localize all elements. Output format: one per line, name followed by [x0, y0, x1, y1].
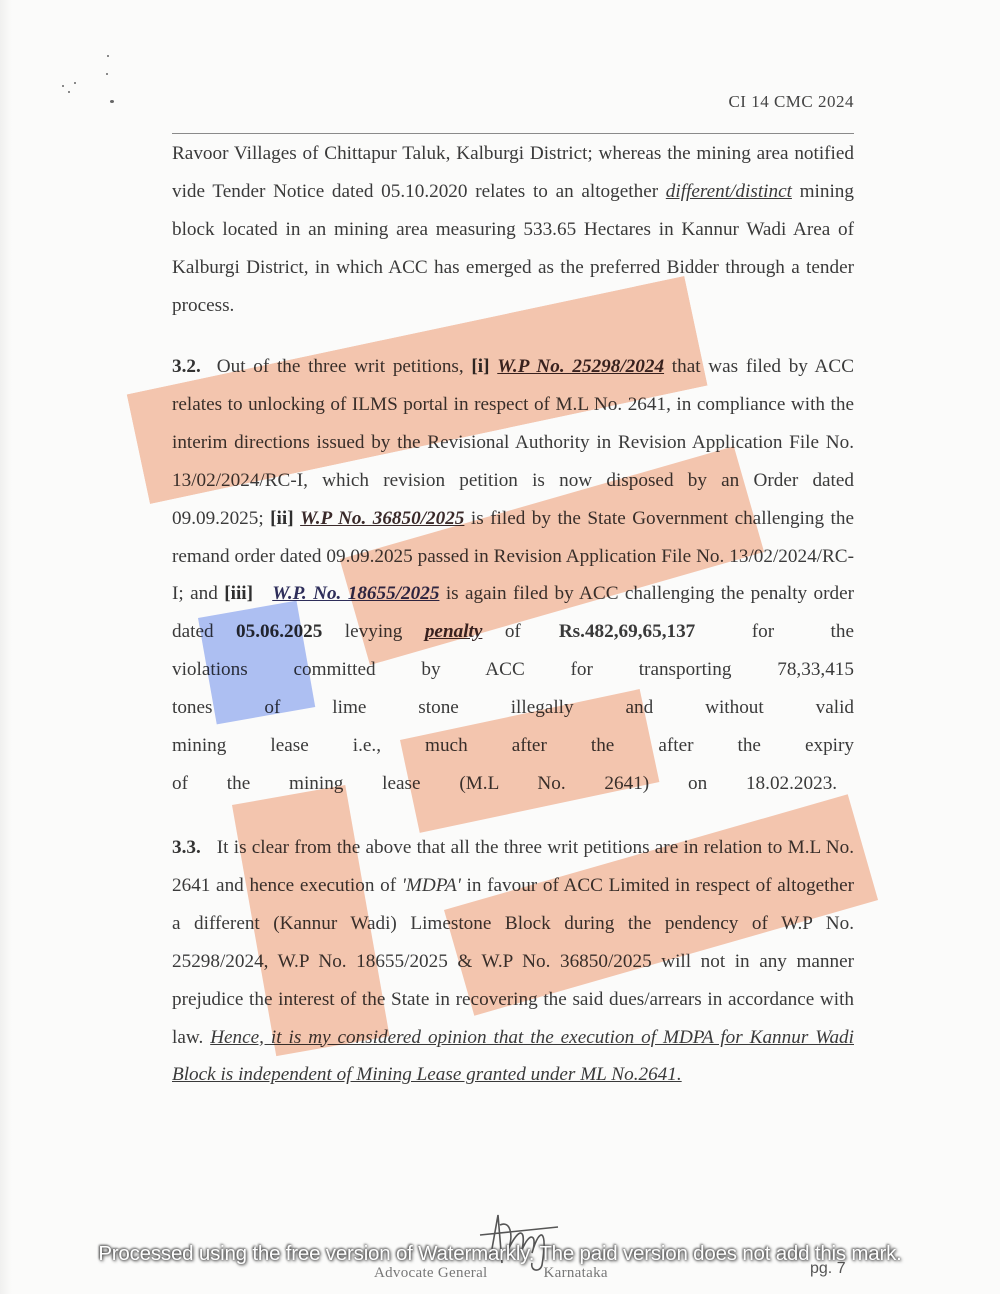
paragraph-number: 3.3. [172, 837, 201, 858]
emphasis-different-distinct: different/distinct [666, 181, 792, 202]
scan-edge [0, 0, 12, 1294]
conclusion-statement: Hence, it is my considered opinion that … [172, 1027, 854, 1086]
marker-i: [i] [471, 356, 489, 377]
scan-specks [60, 45, 120, 105]
signatory-left: Advocate General [374, 1265, 488, 1281]
signatory-right: Karnataka [544, 1265, 608, 1281]
penalty-emphasis: penalty [425, 621, 483, 642]
case-reference: CI 14 CMC 2024 [728, 92, 854, 112]
writ-petition-i: W.P No. 25298/2024 [497, 356, 664, 377]
paragraph-text: levying [322, 621, 424, 642]
paragraph-continued: Ravoor Villages of Chittapur Taluk, Kalb… [172, 135, 854, 325]
document-page: CI 14 CMC 2024 Ravoor Villages of Chitta… [0, 0, 1000, 1294]
marker-ii: [ii] [270, 508, 293, 529]
writ-petition-ii: W.P No. 36850/2025 [300, 508, 464, 529]
paragraph-text: that was filed by ACC relates to unlocki… [172, 356, 854, 529]
paragraph-text: for the violations committed by ACC for … [172, 621, 854, 794]
paragraph-3-3: 3.3.It is clear from the above that all … [172, 829, 854, 1094]
paragraph-text: in favour of ACC Limited in respect of a… [172, 875, 854, 1048]
paragraph-number: 3.2. [172, 356, 201, 377]
signatory-title: Advocate GeneralKarnataka [374, 1265, 608, 1282]
watermark-text: Processed using the free version of Wate… [0, 1242, 1000, 1266]
marker-iii: [iii] [224, 583, 253, 604]
header-divider [172, 133, 854, 134]
penalty-amount: Rs.482,69,65,137 [559, 621, 695, 642]
paragraph-text: Out of the three writ petitions, [217, 356, 472, 377]
mdpa-term: 'MDPA' [402, 875, 461, 896]
paragraph-text: of [482, 621, 520, 642]
paragraph-3-2: 3.2.Out of the three writ petitions, [i]… [172, 348, 854, 803]
penalty-order-date: 05.06.2025 [236, 621, 322, 642]
writ-petition-iii: W.P. No. 18655/2025 [272, 583, 439, 604]
